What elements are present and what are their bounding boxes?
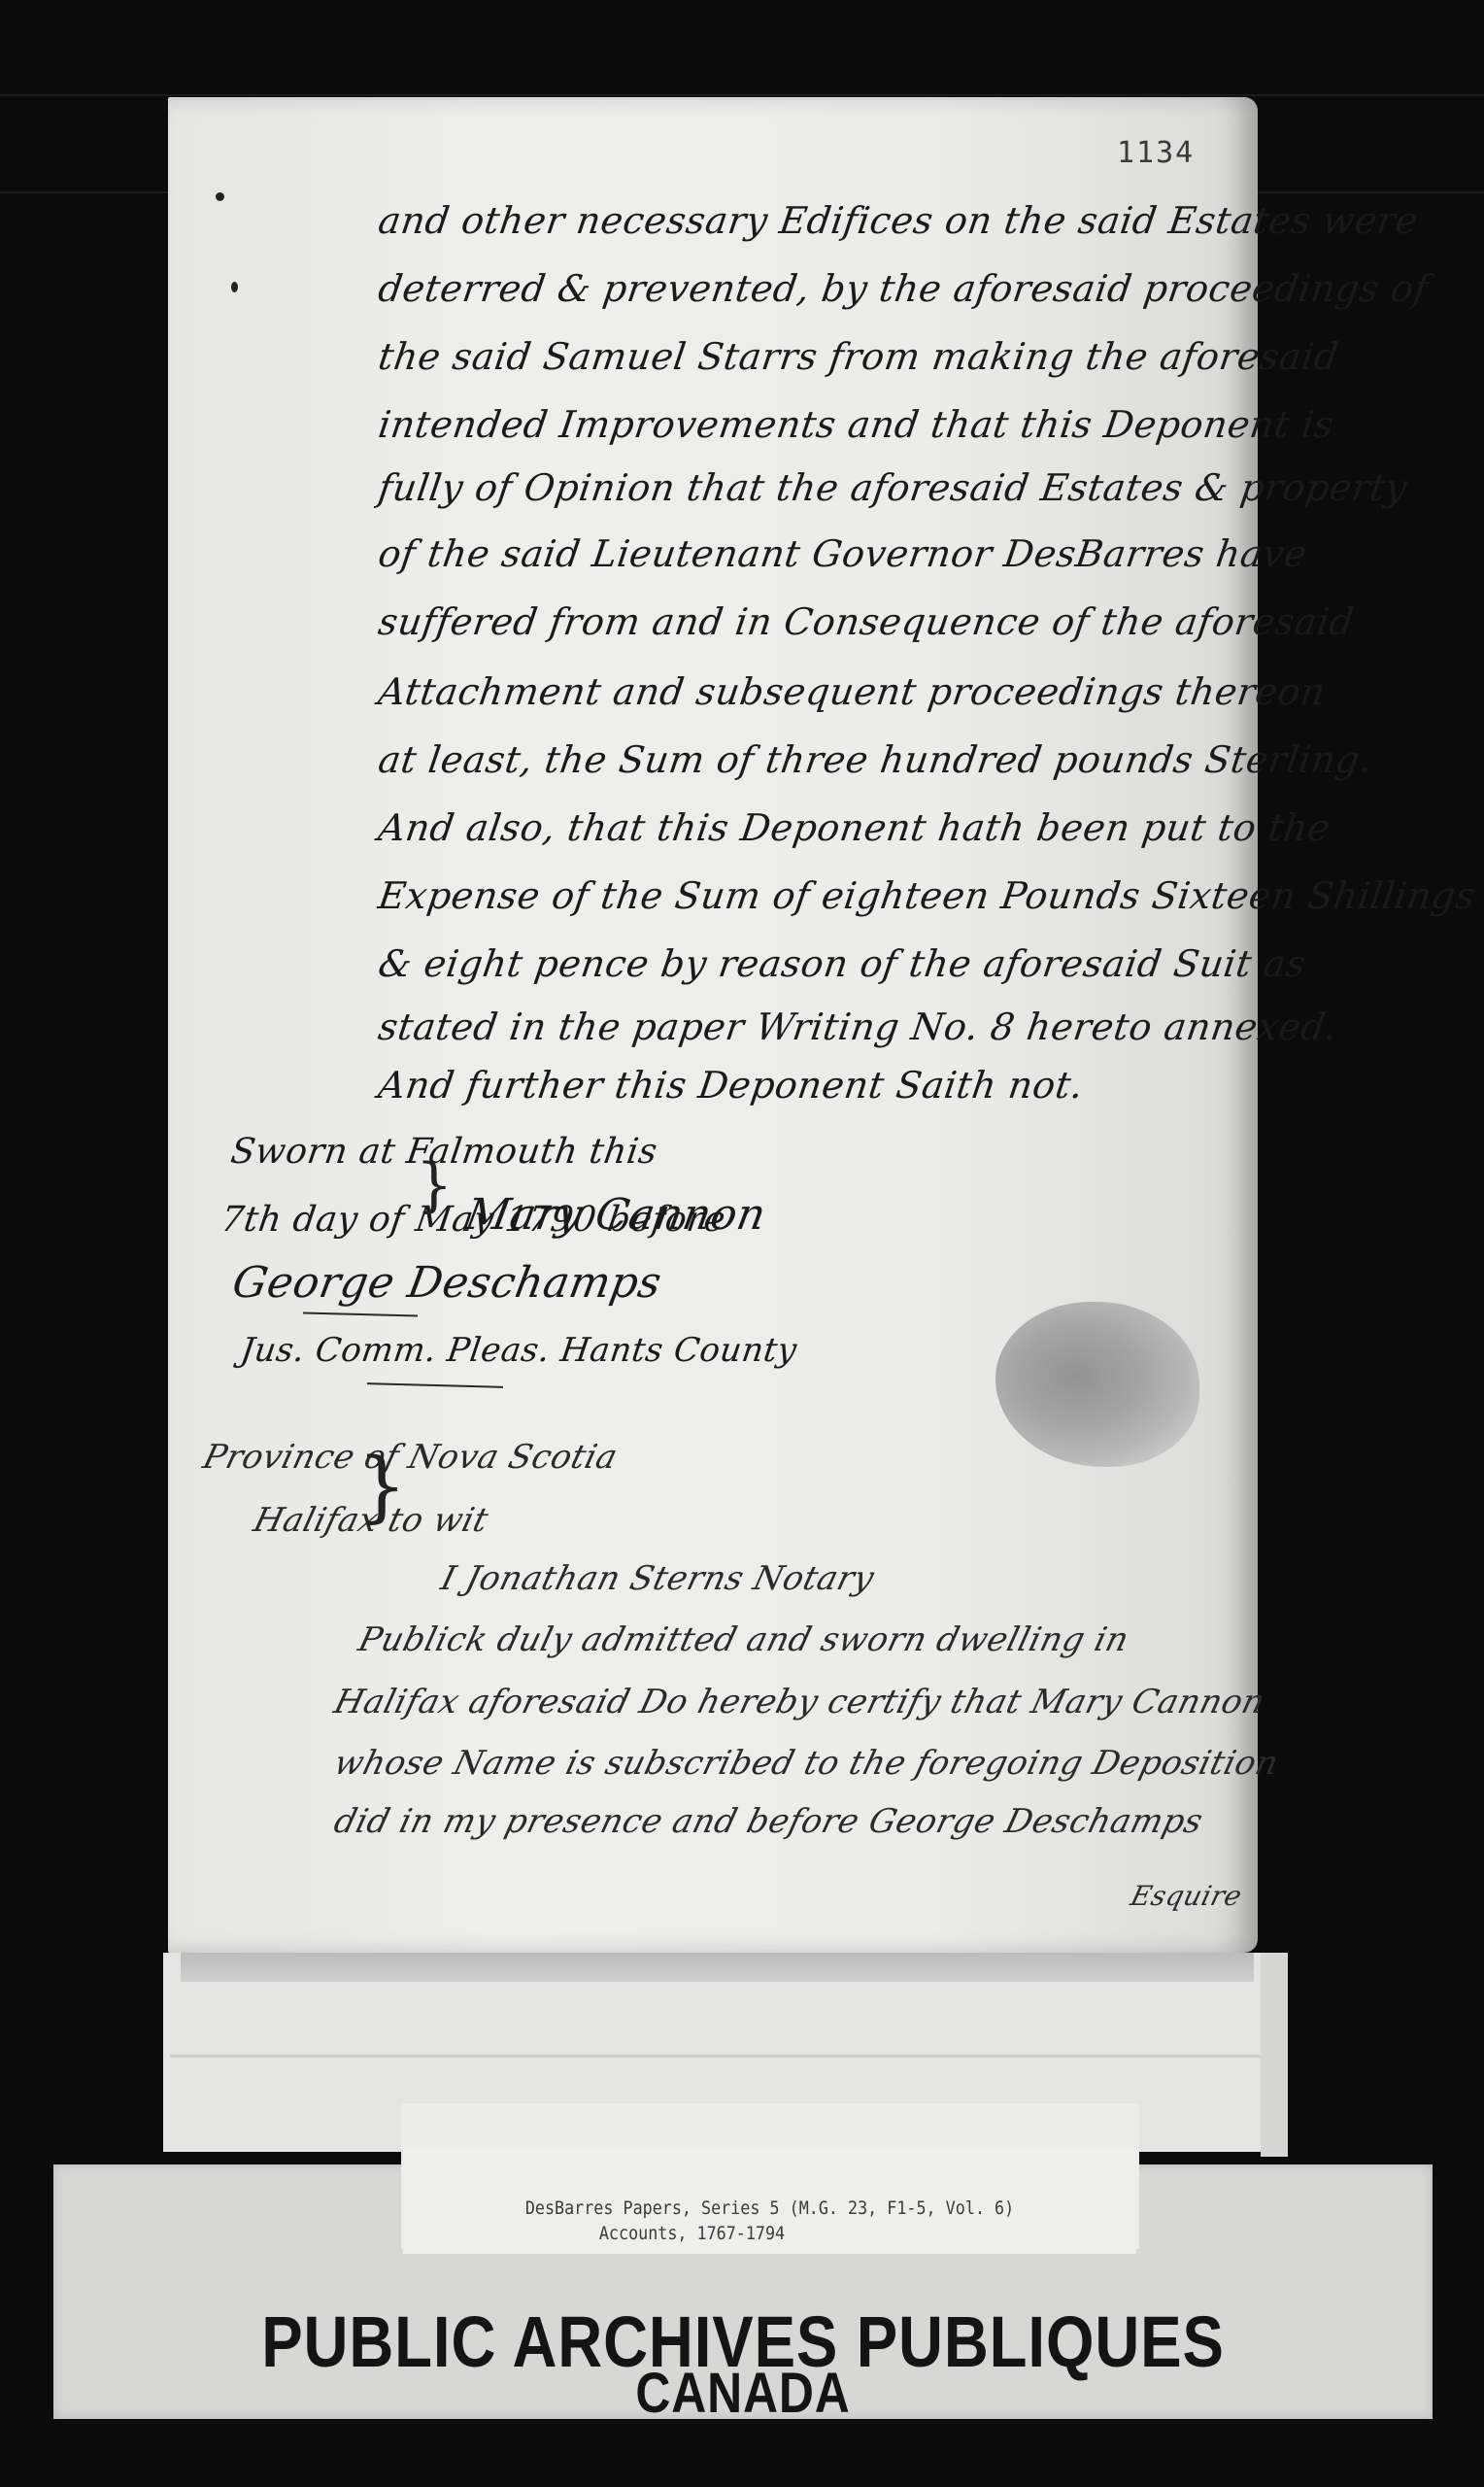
body-line: suffered from and in Consequence of the … bbox=[376, 600, 1357, 643]
notary-line: Halifax aforesaid Do hereby certify that… bbox=[330, 1683, 1269, 1721]
notary-line: did in my presence and before George Des… bbox=[330, 1802, 1207, 1841]
brace-icon: } bbox=[416, 1156, 453, 1214]
venue-line: Province of Nova Scotia bbox=[199, 1438, 622, 1477]
body-line: Attachment and subsequent proceedings th… bbox=[376, 670, 1328, 713]
body-line: fully of Opinion that the aforesaid Esta… bbox=[376, 466, 1410, 509]
page-edge-tab bbox=[1261, 1953, 1288, 2157]
body-line: of the said Lieutenant Governor DesBarre… bbox=[376, 532, 1310, 575]
notary-line: whose Name is subscribed to the foregoin… bbox=[330, 1744, 1283, 1783]
body-line: And further this Deponent Saith not. bbox=[376, 1064, 1086, 1107]
deponent-signature: Mary Cannon bbox=[462, 1190, 770, 1240]
body-line: at least, the Sum of three hundred pound… bbox=[376, 738, 1375, 781]
officer-signature: George Deschamps bbox=[229, 1258, 665, 1308]
microfilm-frame: 1134 and other necessary Edifices on the… bbox=[0, 0, 1484, 2487]
body-line: And also, that this Deponent hath been p… bbox=[376, 806, 1333, 849]
officer-title: Jus. Comm. Pleas. Hants County bbox=[238, 1331, 799, 1370]
body-line: deterred & prevented, by the aforesaid p… bbox=[376, 267, 1432, 310]
underlying-page-edge bbox=[170, 2055, 1265, 2058]
folio-number: 1134 bbox=[1117, 136, 1195, 170]
film-scratch-line bbox=[0, 94, 1484, 96]
institution-country: CANADA bbox=[150, 2361, 1335, 2426]
brace-icon: } bbox=[357, 1448, 407, 1525]
body-line: Expense of the Sum of eighteen Pounds Si… bbox=[376, 874, 1478, 917]
subseries-reference: Accounts, 1767-1794 bbox=[369, 2223, 1014, 2244]
notary-line: Publick duly admitted and sworn dwelling… bbox=[354, 1620, 1133, 1659]
body-line: stated in the paper Writing No. 8 hereto… bbox=[376, 1005, 1340, 1048]
underlying-page-shadow bbox=[181, 1953, 1254, 1982]
ink-spot-icon bbox=[231, 282, 238, 292]
body-line: intended Improvements and that this Depo… bbox=[376, 403, 1336, 446]
collection-reference: DesBarres Papers, Series 5 (M.G. 23, F1-… bbox=[447, 2197, 1092, 2219]
notary-line: I Jonathan Sterns Notary bbox=[437, 1559, 878, 1598]
ink-spot-icon bbox=[216, 192, 224, 201]
body-line: the said Samuel Starrs from making the a… bbox=[376, 335, 1341, 378]
body-line: & eight pence by reason of the aforesaid… bbox=[376, 942, 1309, 985]
notary-line: Esquire bbox=[1128, 1880, 1245, 1912]
label-card: DesBarres Papers, Series 5 (M.G. 23, F1-… bbox=[403, 2147, 1136, 2254]
body-line: and other necessary Edifices on the said… bbox=[376, 199, 1421, 242]
